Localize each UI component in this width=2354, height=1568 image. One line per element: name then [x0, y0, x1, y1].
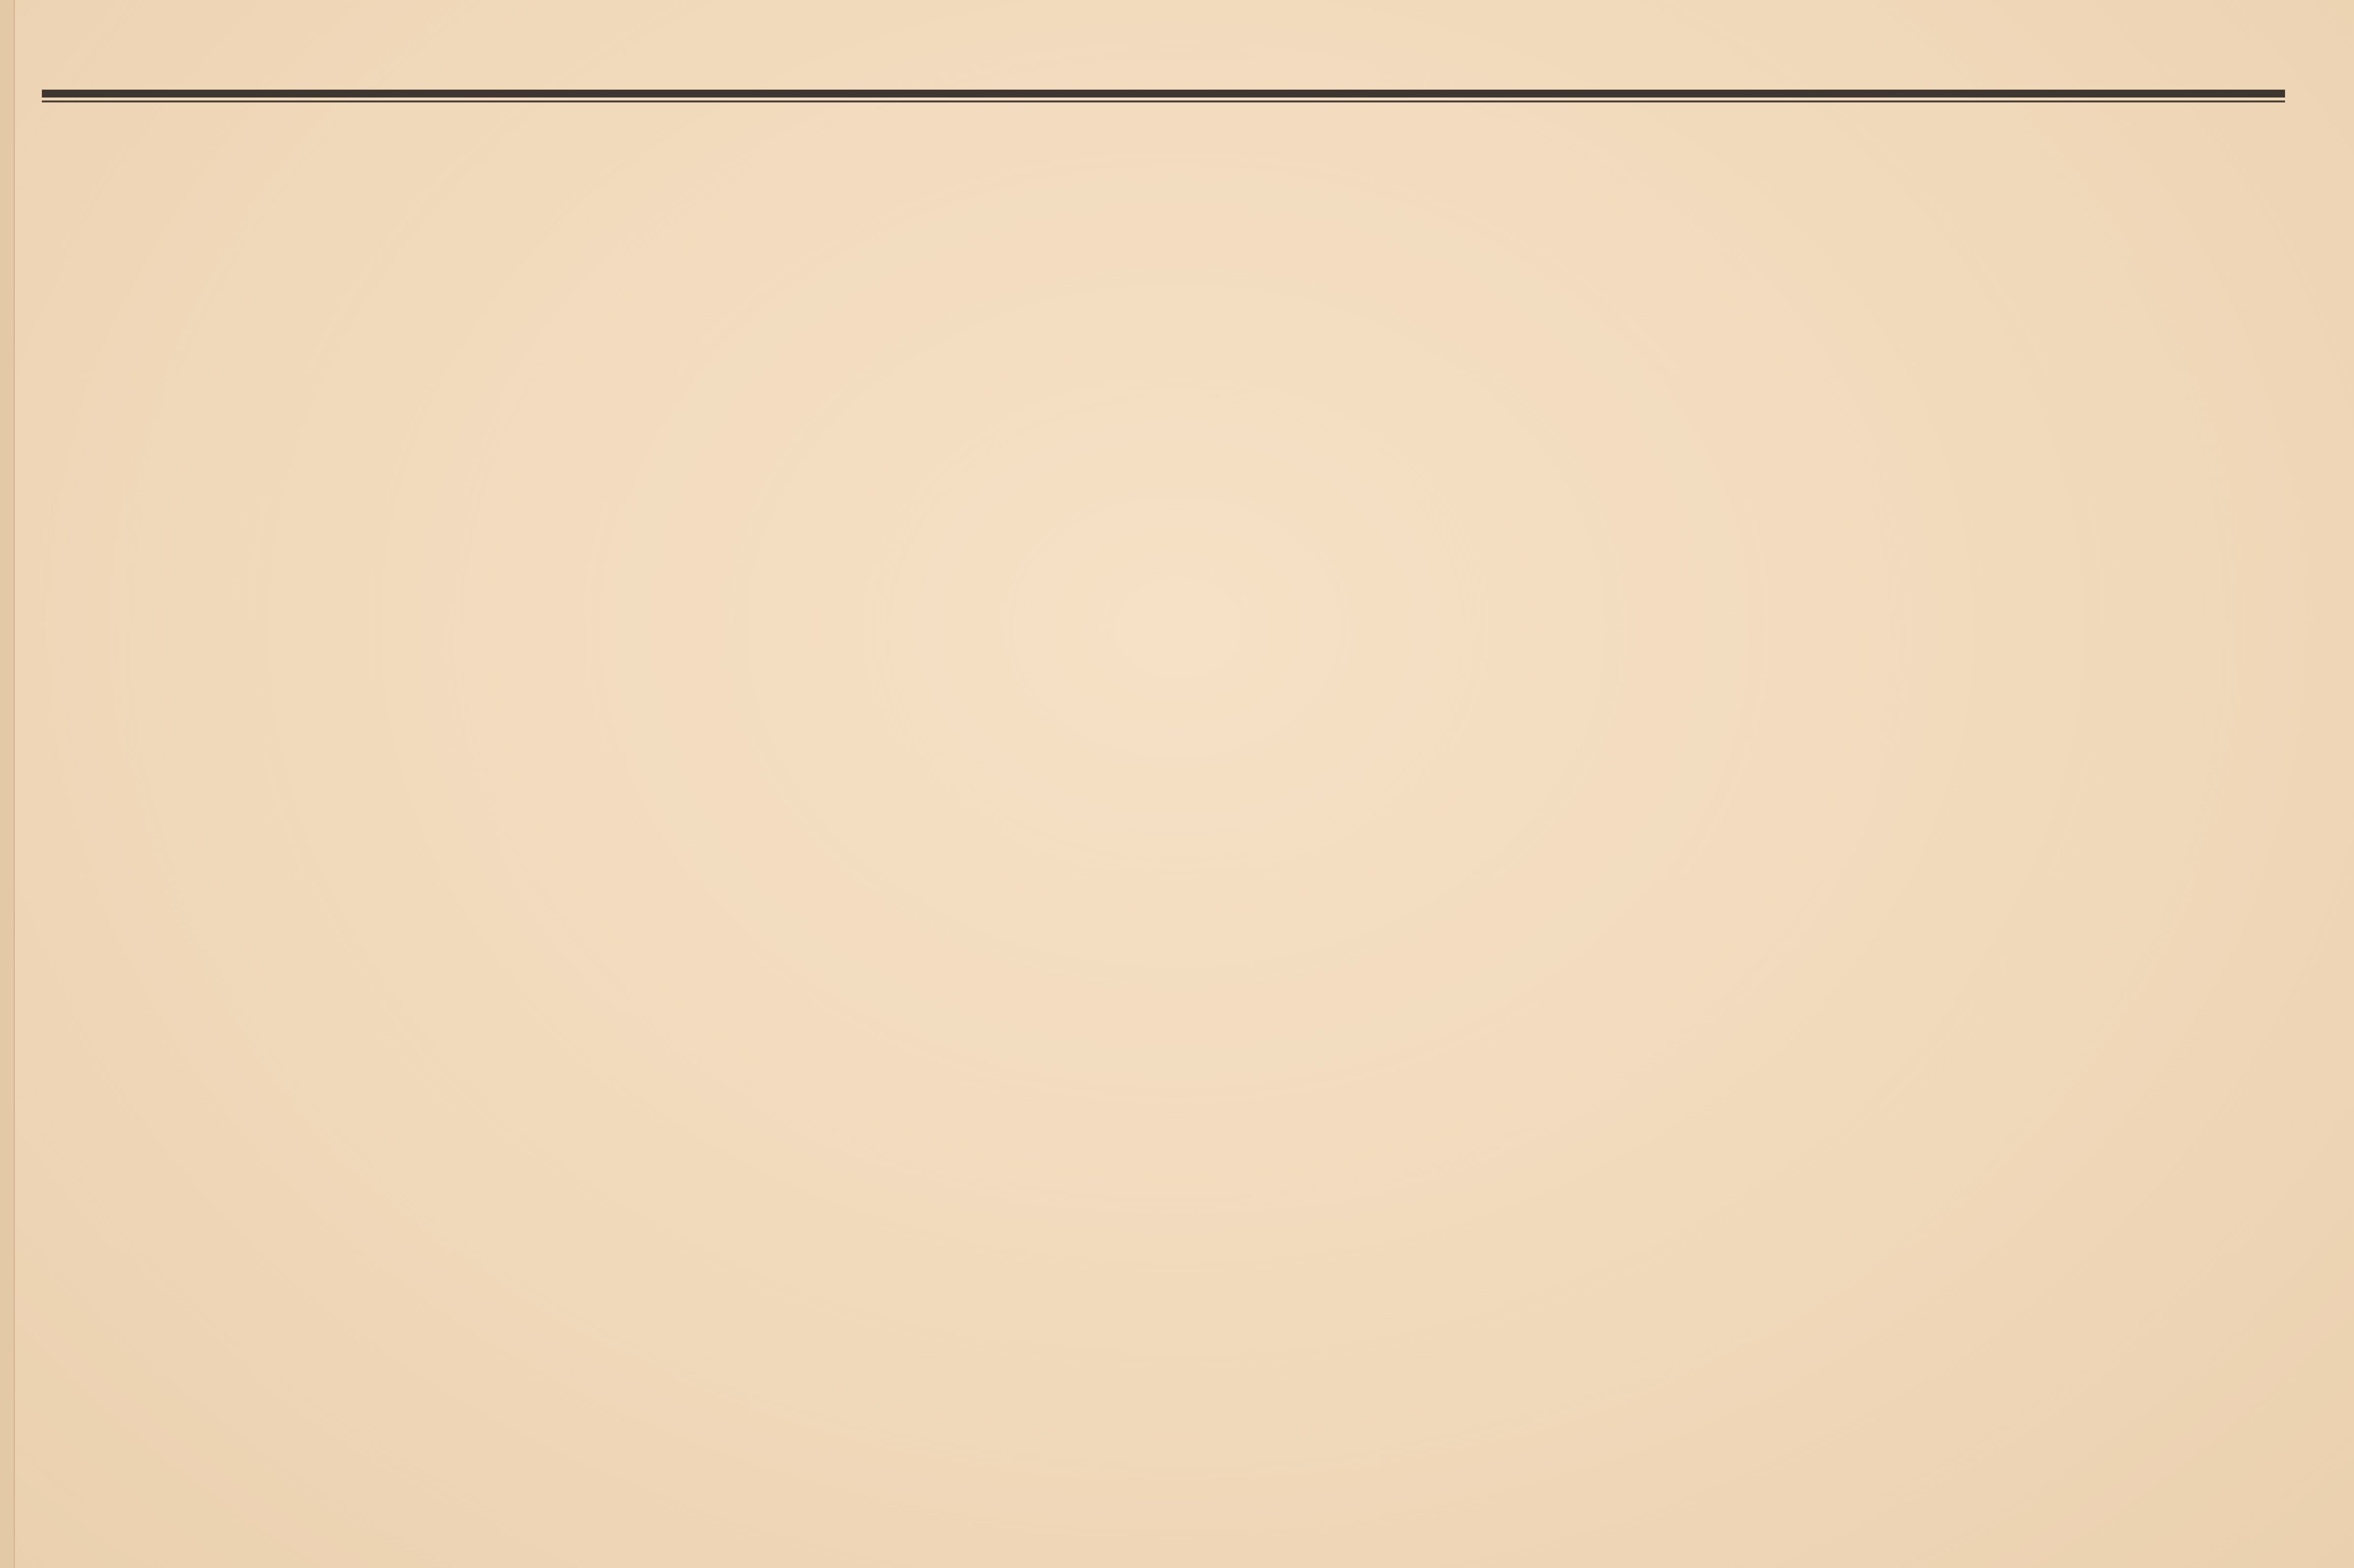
header-top-rule-thin: [42, 100, 2285, 102]
page-left-edge: [0, 0, 15, 1568]
paper-background: [0, 0, 2354, 1568]
header-top-rule: [42, 90, 2285, 98]
